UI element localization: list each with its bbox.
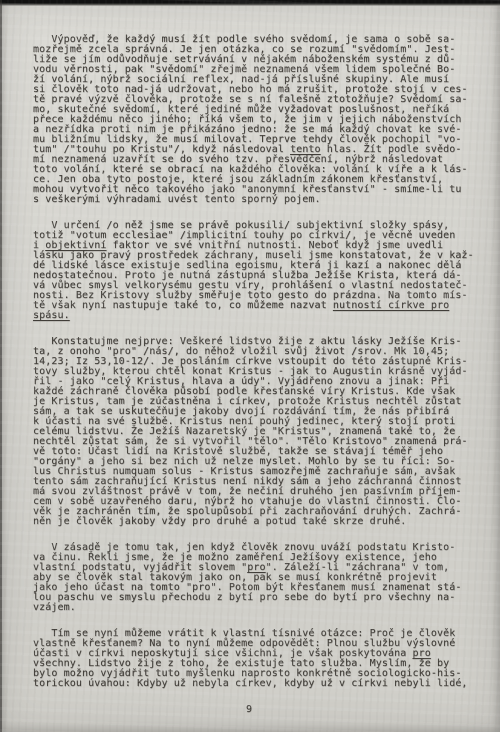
page-number: 9 [33, 705, 465, 715]
paragraph: Výpověď, že každý musí žít podle svého s… [33, 35, 465, 205]
paragraph: Tím se nyní můžeme vrátit k vlastní tísn… [33, 629, 465, 689]
paragraph: Konstatujme nejprve: Veškeré lidstvo žij… [33, 337, 465, 527]
scan-edge-top [0, 0, 500, 6]
page-body: Výpověď, že každý musí žít podle svého s… [33, 35, 465, 715]
scan-edge-left [0, 0, 2, 732]
scanned-page: Výpověď, že každý musí žít podle svého s… [0, 0, 500, 732]
paragraph: V zásadě je tomu tak, jen když člověk zn… [33, 543, 465, 613]
paragraph: V určení /o něž jsme se právě pokusili/ … [33, 221, 465, 321]
